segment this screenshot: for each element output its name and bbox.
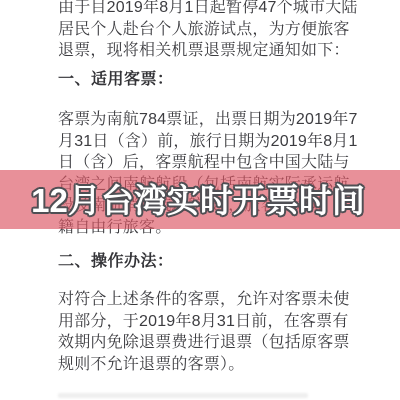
section2-heading: 二、操作办法： [58,251,350,273]
text-line: 规则不允许退票的客票）。 [58,354,350,376]
article-page: 由于目2019年8月1日起暂停47个城市大陆居民个人赴台个人旅游试点，为方便旅客… [0,0,400,400]
text-line: 居民个人赴台个人旅游试点，为方便旅客 [58,19,350,41]
section1-heading: 一、适用客票： [58,69,350,91]
text-line: 对符合上述条件的客票，允许对客票未使 [58,289,350,311]
text-line: 用部分，于2019年8月31日前，在客票有 [58,311,350,333]
intro-paragraph: 由于目2019年8月1日起暂停47个城市大陆居民个人赴台个人旅游试点，为方便旅客… [58,0,350,62]
promo-banner-title: 12月台湾实时开票时间 [0,184,396,218]
text-line: 月31日（含）前，旅行日期为2019年8月1 [58,131,350,153]
text-line: 客票为南航784票证，出票日期为2019年7 [58,109,350,131]
cut-off-text-line [58,393,308,398]
text-line: 效期内免除退票费进行退票（包括原客票 [58,332,350,354]
text-line: 退票，现将相关机票退票规定通知如下： [58,40,350,62]
text-line: 由于目2019年8月1日起暂停47个城市大陆 [58,0,350,19]
section2-paragraph: 对符合上述条件的客票，允许对客票未使用部分，于2019年8月31日前，在客票有效… [58,289,350,375]
